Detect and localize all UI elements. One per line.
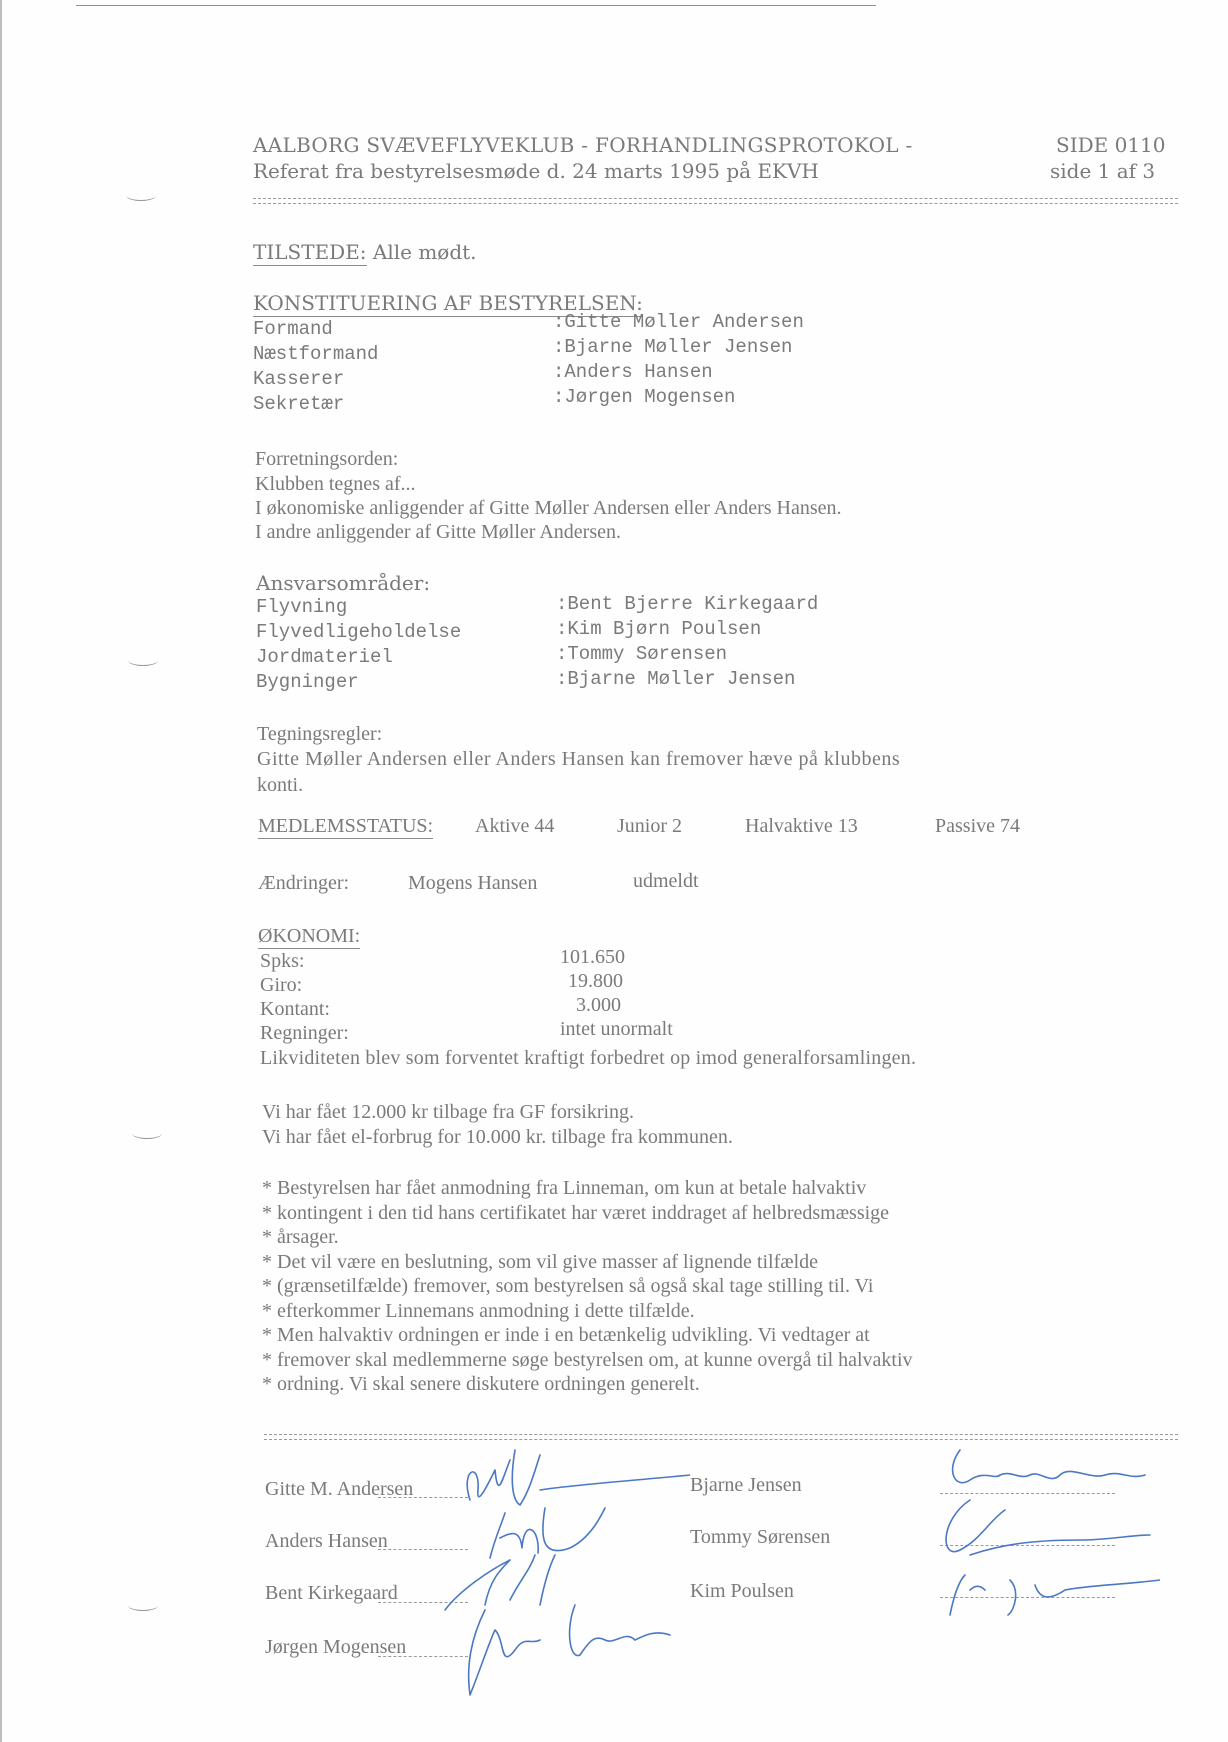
oekonomi-label: Giro: <box>260 974 302 997</box>
ansvar-area: Flyvning <box>256 596 347 618</box>
oekonomi-value: 3.000 <box>576 994 621 1017</box>
bullet-line: * (grænsetilfælde) fremover, som bestyre… <box>262 1275 873 1298</box>
tegningsregler-line: Gitte Møller Andersen eller Anders Hanse… <box>257 748 900 771</box>
ansvar-name: :Tommy Sørensen <box>556 643 727 665</box>
forretningsorden-heading: Forretningsorden: <box>255 448 398 471</box>
document-subtitle: Referat fra bestyrelsesmøde d. 24 marts … <box>253 159 819 183</box>
bullet-line: * fremover skal medlemmerne søge bestyre… <box>262 1349 913 1372</box>
bullet-line: * kontingent i den tid hans certifikatet… <box>262 1202 889 1225</box>
page-edge <box>0 0 2 1742</box>
bullet-line: * årsager. <box>262 1226 339 1249</box>
bullet-line: * Det vil være en beslutning, som vil gi… <box>262 1251 818 1274</box>
page-of: side 1 af 3 <box>1050 159 1155 183</box>
konstituering-role: Kasserer <box>253 368 344 390</box>
tegningsregler-line: konti. <box>257 774 303 797</box>
oekonomi-heading-text: ØKONOMI: <box>258 925 360 949</box>
konstituering-name: :Anders Hansen <box>553 361 713 383</box>
oekonomi-summary: Likviditeten blev som forventet kraftigt… <box>260 1047 916 1070</box>
header-rule <box>253 198 1178 204</box>
oekonomi-note: Vi har fået el-forbrug for 10.000 kr. ti… <box>262 1126 733 1149</box>
punch-hole-mark <box>128 1600 158 1611</box>
konstituering-role: Formand <box>253 318 333 340</box>
ansvar-name: :Bent Bjerre Kirkegaard <box>556 593 818 615</box>
ansvar-heading: Ansvarsområder: <box>256 571 430 595</box>
medlemsstatus-halvaktive: Halvaktive 13 <box>745 815 858 838</box>
punch-hole-mark <box>126 190 156 201</box>
forretningsorden-line: I økonomiske anliggender af Gitte Møller… <box>255 497 842 520</box>
konstituering-role: Sekretær <box>253 393 344 415</box>
bullet-line: * Bestyrelsen har fået anmodning fra Lin… <box>262 1177 866 1200</box>
signature-bjarne <box>930 1440 1160 1620</box>
oekonomi-value: 101.650 <box>560 946 625 969</box>
oekonomi-label: Spks: <box>260 950 304 973</box>
signatory-anders: Anders Hansen <box>265 1530 388 1553</box>
page-code: SIDE 0110 <box>1056 133 1166 157</box>
oekonomi-label: Regninger: <box>260 1022 349 1045</box>
aendringer-status: udmeldt <box>633 870 699 893</box>
oekonomi-heading: ØKONOMI: <box>258 925 360 948</box>
konstituering-name: :Jørgen Mogensen <box>553 386 735 408</box>
tilstede-line: TILSTEDE: Alle mødt. <box>253 240 477 264</box>
ansvar-name: :Kim Bjørn Poulsen <box>556 618 761 640</box>
medlemsstatus-aktive: Aktive 44 <box>475 815 554 838</box>
oekonomi-note: Vi har fået 12.000 kr tilbage fra GF for… <box>262 1101 634 1124</box>
ansvar-name: :Bjarne Møller Jensen <box>556 668 795 690</box>
medlemsstatus-junior: Junior 2 <box>617 815 682 838</box>
signatory-tommy: Tommy Sørensen <box>690 1526 830 1549</box>
tegningsregler-heading: Tegningsregler: <box>257 723 382 746</box>
document-title: AALBORG SVÆVEFLYVEKLUB - FORHANDLINGSPRO… <box>253 133 913 157</box>
konstituering-name: :Gitte Møller Andersen <box>553 311 804 333</box>
oekonomi-value: intet unormalt <box>560 1018 673 1041</box>
medlemsstatus-passive: Passive 74 <box>935 815 1020 838</box>
aendringer-label: Ændringer: <box>258 872 349 895</box>
aendringer-name: Mogens Hansen <box>408 872 537 895</box>
tilstede-label: TILSTEDE: <box>253 240 367 266</box>
punch-hole-mark <box>132 1128 162 1139</box>
ansvar-area: Jordmateriel <box>256 646 393 668</box>
ansvar-area: Flyvedligeholdelse <box>256 621 461 643</box>
bullet-line: * Men halvaktiv ordningen er inde i en b… <box>262 1324 870 1347</box>
top-rule <box>76 5 876 6</box>
tilstede-value: Alle mødt. <box>373 240 477 264</box>
konstituering-name: :Bjarne Møller Jensen <box>553 336 792 358</box>
bullet-line: * efterkommer Linnemans anmodning i dett… <box>262 1300 695 1323</box>
konstituering-role: Næstformand <box>253 343 378 365</box>
signatory-bjarne: Bjarne Jensen <box>690 1474 802 1497</box>
medlemsstatus-label: MEDLEMSSTATUS: <box>258 815 433 838</box>
oekonomi-value: 19.800 <box>568 970 623 993</box>
signature-joergen <box>455 1600 715 1710</box>
ansvar-area: Bygninger <box>256 671 359 693</box>
oekonomi-label: Kontant: <box>260 998 330 1021</box>
bullet-line: * ordning. Vi skal senere diskutere ordn… <box>262 1373 700 1396</box>
medlemsstatus-label-text: MEDLEMSSTATUS: <box>258 815 433 839</box>
punch-hole-mark <box>128 655 158 666</box>
forretningsorden-line: Klubben tegnes af... <box>255 473 416 496</box>
forretningsorden-line: I andre anliggender af Gitte Møller Ande… <box>255 521 621 544</box>
